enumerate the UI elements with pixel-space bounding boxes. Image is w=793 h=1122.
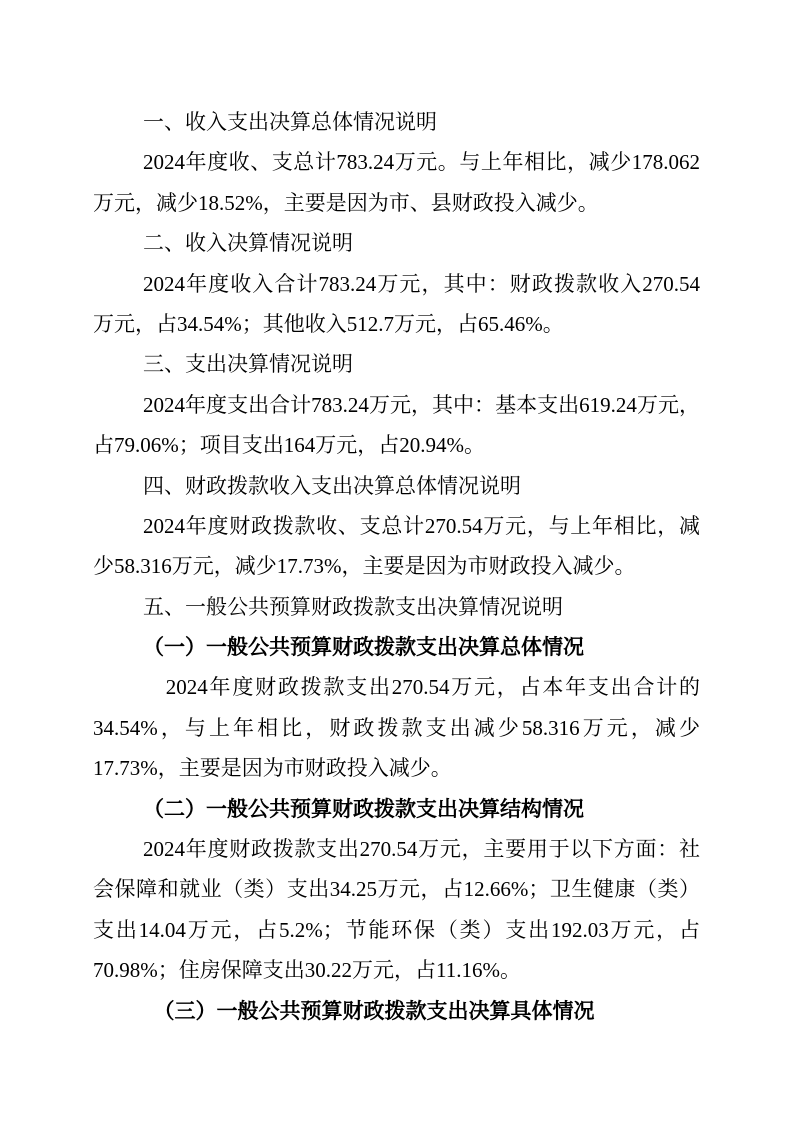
text-line: 三、支出决算情况说明: [93, 344, 700, 384]
text-line: 2024年度财政拨款支出270.54万元，主要用于以下方面：社: [93, 829, 700, 869]
paragraph: 2024年度财政拨款支出270.54万元，占本年支出合计的34.54%，与上年相…: [93, 667, 700, 788]
text-line: 二、收入决算情况说明: [93, 223, 700, 263]
text-line: 占79.06%；项目支出164万元，占20.94%。: [93, 425, 700, 465]
paragraph: 2024年度支出合计783.24万元，其中：基本支出619.24万元，占79.0…: [93, 385, 700, 466]
text-line: 70.98%；住房保障支出30.22万元，占11.16%。: [93, 950, 700, 990]
text-line: 2024年度财政拨款支出270.54万元，占本年支出合计的: [93, 667, 700, 707]
paragraph: 2024年度收、支总计783.24万元。与上年相比，减少178.062万元，减少…: [93, 142, 700, 223]
text-line: 34.54%，与上年相比，财政拨款支出减少58.316万元，减少: [93, 708, 700, 748]
text-line: 17.73%，主要是因为市财政投入减少。: [93, 748, 700, 788]
text-line: 2024年度收入合计783.24万元，其中：财政拨款收入270.54: [93, 264, 700, 304]
text-line: 万元，占34.54%；其他收入512.7万元，占65.46%。: [93, 304, 700, 344]
text-line: 少58.316万元，减少17.73%，主要是因为市财政投入减少。: [93, 546, 700, 586]
sub-section-heading: （一）一般公共预算财政拨款支出决算总体情况: [93, 627, 700, 667]
text-line: 五、一般公共预算财政拨款支出决算情况说明: [93, 587, 700, 627]
text-line: 支出14.04万元，占5.2%；节能环保（类）支出192.03万元，占: [93, 910, 700, 950]
section-heading: 五、一般公共预算财政拨款支出决算情况说明: [93, 587, 700, 627]
text-line: 2024年度支出合计783.24万元，其中：基本支出619.24万元，: [93, 385, 700, 425]
section-heading: 一、收入支出决算总体情况说明: [93, 102, 700, 142]
text-line: （二）一般公共预算财政拨款支出决算结构情况: [93, 789, 700, 829]
text-line: 会保障和就业（类）支出34.25万元，占12.66%；卫生健康（类）: [93, 869, 700, 909]
text-line: 一、收入支出决算总体情况说明: [93, 102, 700, 142]
document-page: 一、收入支出决算总体情况说明2024年度收、支总计783.24万元。与上年相比，…: [0, 0, 793, 1122]
text-line: 2024年度收、支总计783.24万元。与上年相比，减少178.062: [93, 142, 700, 182]
section-heading: 二、收入决算情况说明: [93, 223, 700, 263]
document-content: 一、收入支出决算总体情况说明2024年度收、支总计783.24万元。与上年相比，…: [93, 102, 700, 1031]
text-line: （一）一般公共预算财政拨款支出决算总体情况: [93, 627, 700, 667]
paragraph: 2024年度财政拨款支出270.54万元，主要用于以下方面：社会保障和就业（类）…: [93, 829, 700, 991]
paragraph: 2024年度财政拨款收、支总计270.54万元，与上年相比，减少58.316万元…: [93, 506, 700, 587]
paragraph: 2024年度收入合计783.24万元，其中：财政拨款收入270.54万元，占34…: [93, 264, 700, 345]
section-heading: 三、支出决算情况说明: [93, 344, 700, 384]
sub-section-heading: （三）一般公共预算财政拨款支出决算具体情况: [93, 991, 700, 1031]
text-line: 万元，减少18.52%，主要是因为市、县财政投入减少。: [93, 183, 700, 223]
text-line: 四、财政拨款收入支出决算总体情况说明: [93, 466, 700, 506]
text-line: （三）一般公共预算财政拨款支出决算具体情况: [93, 991, 700, 1031]
section-heading: 四、财政拨款收入支出决算总体情况说明: [93, 466, 700, 506]
sub-section-heading: （二）一般公共预算财政拨款支出决算结构情况: [93, 789, 700, 829]
text-line: 2024年度财政拨款收、支总计270.54万元，与上年相比，减: [93, 506, 700, 546]
